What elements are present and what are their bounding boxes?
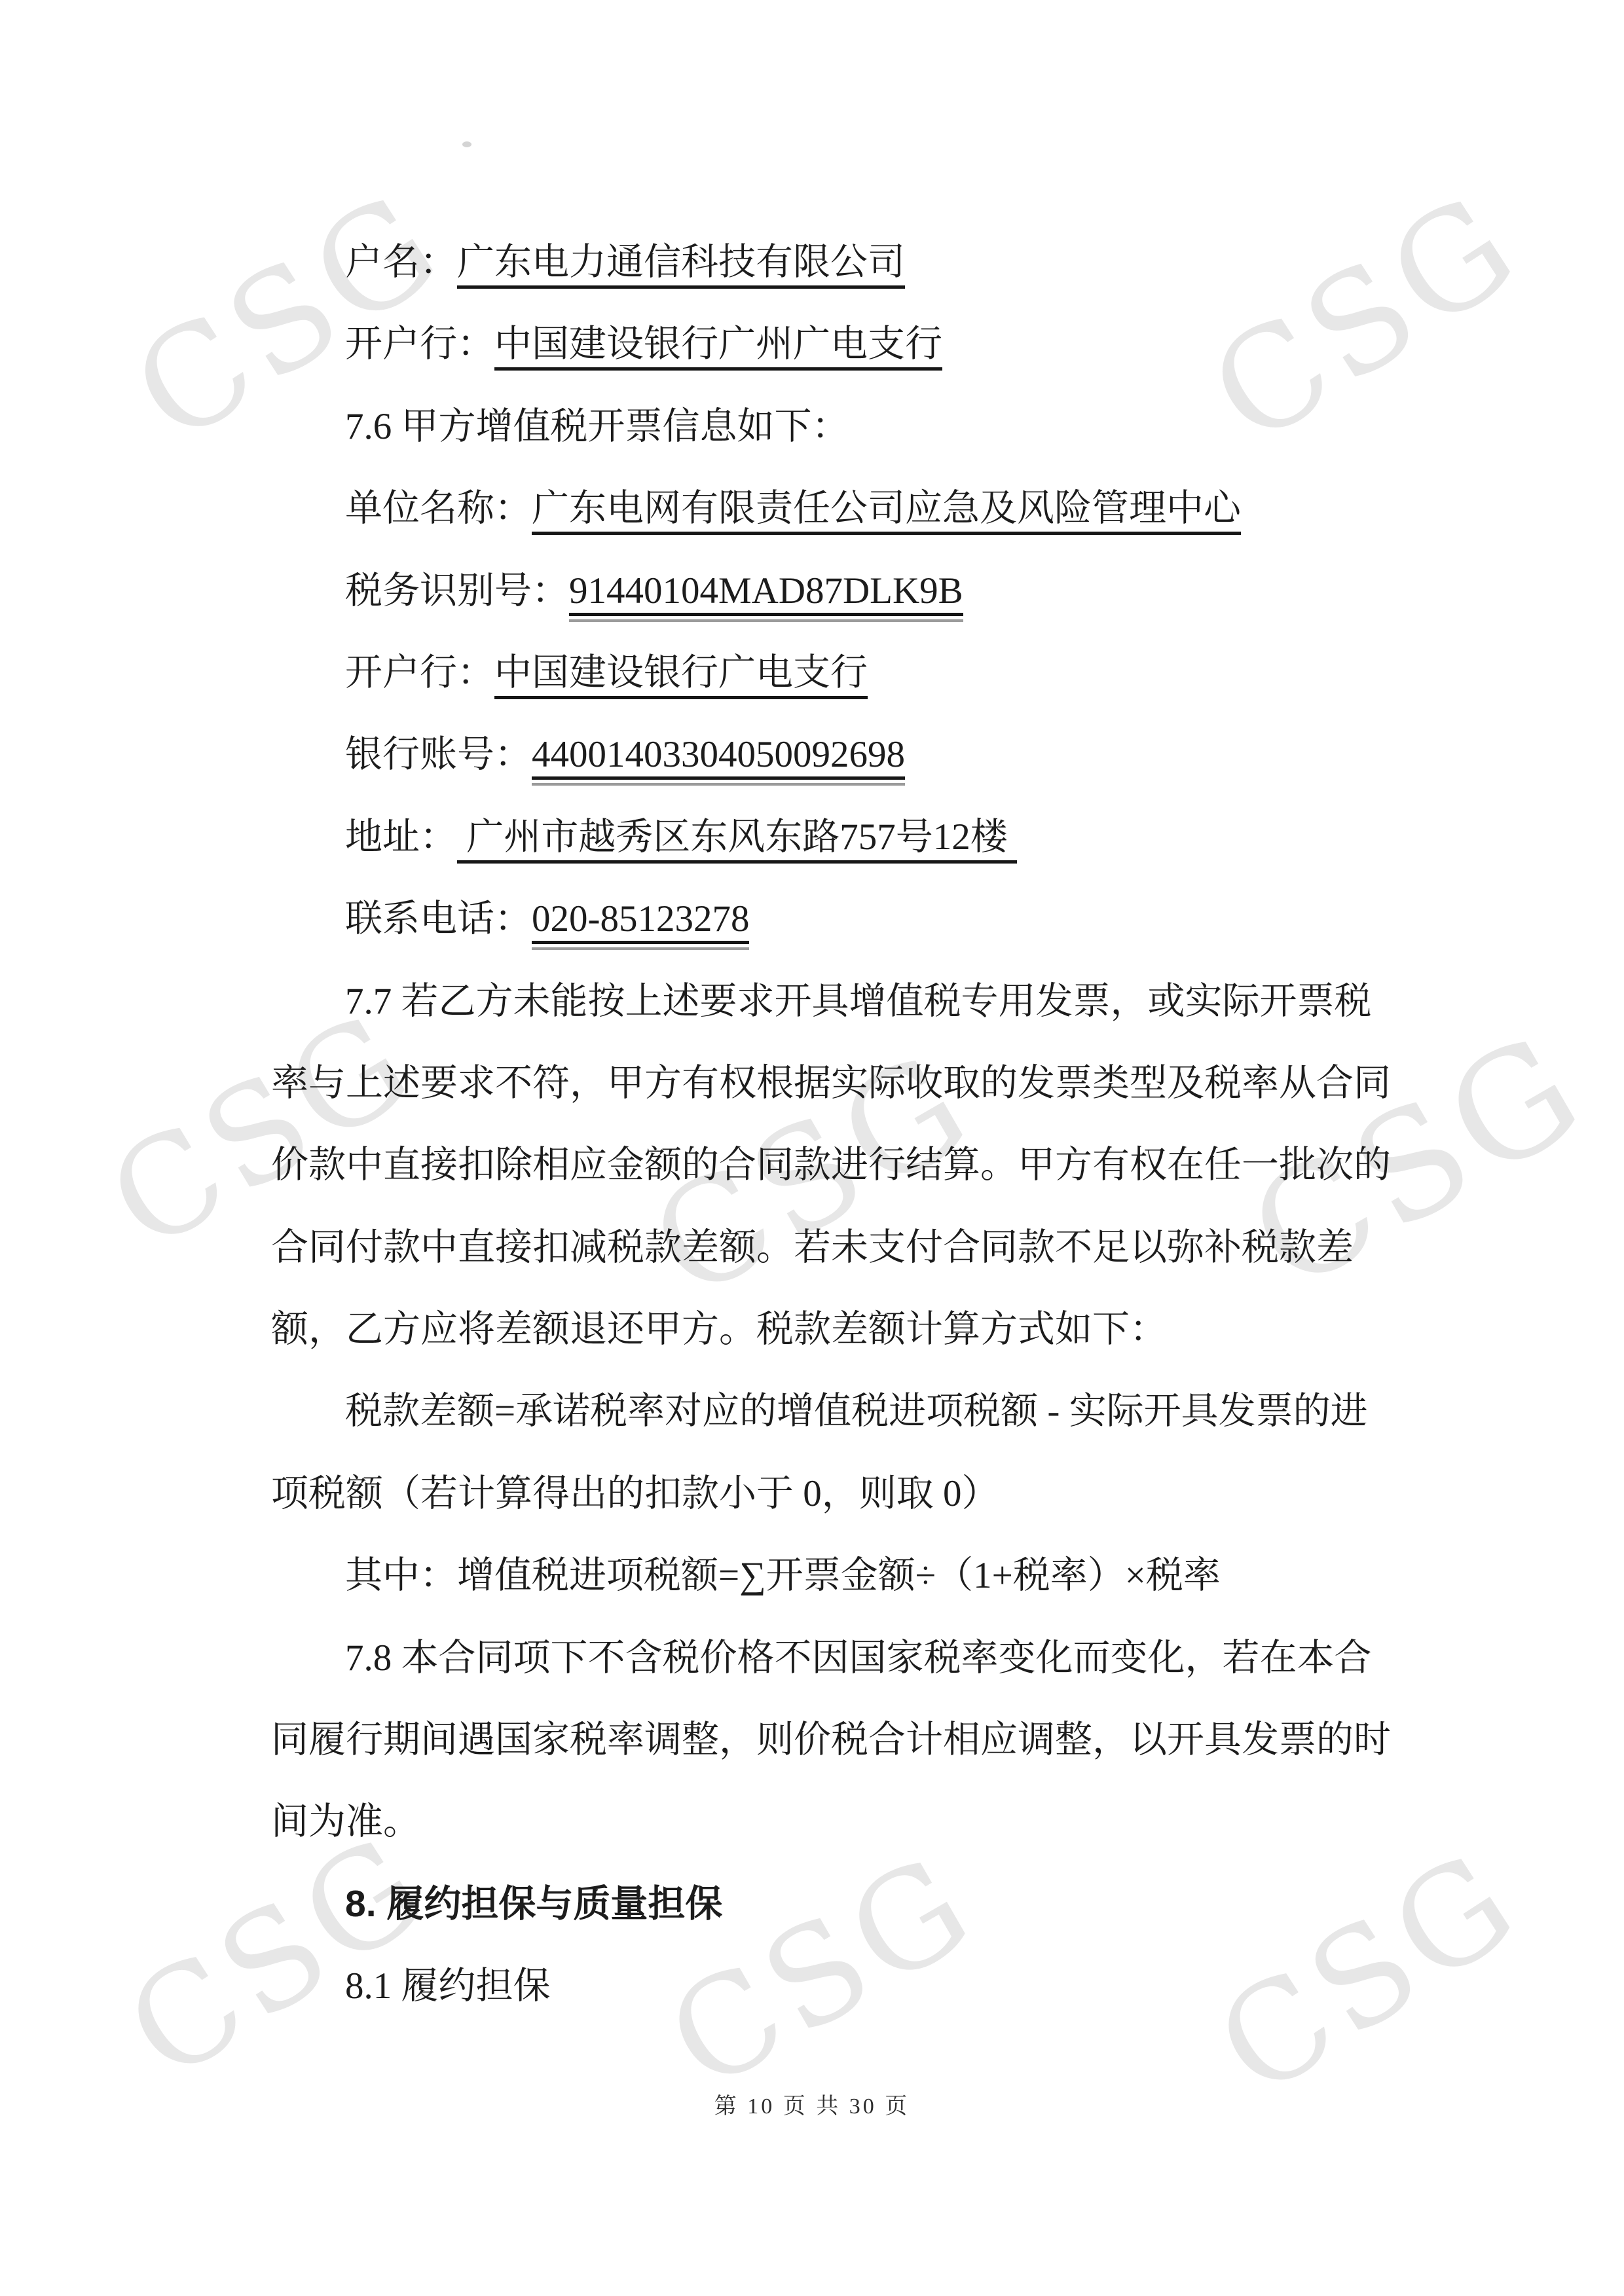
line-text: 7.6 甲方增值税开票信息如下： xyxy=(345,406,849,447)
text-line: 8.1 履约担保 xyxy=(271,1945,1384,2027)
text-line: 地址： 广州市越秀区东风东路757号12楼 xyxy=(271,796,1384,878)
line-text: 开户行： xyxy=(345,652,494,693)
text-line: 7.8 本合同项下不含税价格不因国家税率变化而变化，若在本合 xyxy=(271,1617,1384,1699)
line-text: 其中：增值税进项税额=∑开票金额÷（1+税率）×税率 xyxy=(345,1555,1221,1596)
text-line: 税款差额=承诺税率对应的增值税进项税额 - 实际开具发票的进 xyxy=(271,1370,1384,1452)
line-text: 7.7 若乙方未能按上述要求开具增值税专用发票，或实际开票税 xyxy=(345,981,1372,1022)
line-text: 联系电话： xyxy=(345,898,532,939)
line-text: 单位名称： xyxy=(345,488,532,529)
text-line: 税务识别号：91440104MAD87DLK9B xyxy=(271,550,1384,632)
underlined-value: 44001403304050092698 xyxy=(532,734,905,786)
line-text: 8.1 履约担保 xyxy=(345,1965,551,2007)
text-line: 率与上述要求不符，甲方有权根据实际收取的发票类型及税率从合同 xyxy=(271,1042,1384,1124)
text-line: 7.7 若乙方未能按上述要求开具增值税专用发票，或实际开票税 xyxy=(271,960,1384,1042)
text-line: 其中：增值税进项税额=∑开票金额÷（1+税率）×税率 xyxy=(271,1535,1384,1616)
line-text: 额，乙方应将差额退还甲方。税款差额计算方式如下： xyxy=(271,1309,1167,1350)
text-line: 单位名称：广东电网有限责任公司应急及风险管理中心 xyxy=(271,467,1384,549)
underlined-value: 广东电力通信科技有限公司 xyxy=(457,242,905,289)
line-text: 8. 履约担保与质量担保 xyxy=(345,1883,722,1925)
underlined-value: 中国建设银行广电支行 xyxy=(494,652,868,699)
underlined-value: 91440104MAD87DLK9B xyxy=(569,570,963,622)
line-text: 7.8 本合同项下不含税价格不因国家税率变化而变化，若在本合 xyxy=(345,1637,1372,1679)
line-text: 户名： xyxy=(345,242,457,283)
underlined-value: 020-85123278 xyxy=(532,898,749,950)
line-text: 地址： xyxy=(345,816,457,858)
line-text: 项税额（若计算得出的扣款小于 0，则取 0） xyxy=(271,1473,999,1514)
text-line: 户名：广东电力通信科技有限公司 xyxy=(271,221,1384,303)
text-line: 同履行期间遇国家税率调整，则价税合计相应调整，以开具发票的时 xyxy=(271,1699,1384,1781)
line-text: 开户行： xyxy=(345,323,494,365)
text-line: 额，乙方应将差额退还甲方。税款差额计算方式如下： xyxy=(271,1288,1384,1370)
underlined-value: 中国建设银行广州广电支行 xyxy=(494,323,942,371)
contract-body: 户名：广东电力通信科技有限公司开户行：中国建设银行广州广电支行7.6 甲方增值税… xyxy=(271,221,1384,2028)
line-text: 同履行期间遇国家税率调整，则价税合计相应调整，以开具发票的时 xyxy=(271,1719,1391,1760)
underlined-value: 广东电网有限责任公司应急及风险管理中心 xyxy=(532,488,1241,535)
line-text: 合同付款中直接扣减税款差额。若未支付合同款不足以弥补税款差 xyxy=(271,1227,1354,1268)
text-line: 价款中直接扣除相应金额的合同款进行结算。甲方有权在任一批次的 xyxy=(271,1124,1384,1206)
text-line: 合同付款中直接扣减税款差额。若未支付合同款不足以弥补税款差 xyxy=(271,1207,1384,1288)
text-line: 项税额（若计算得出的扣款小于 0，则取 0） xyxy=(271,1453,1384,1535)
underlined-value: 广州市越秀区东风东路757号12楼 xyxy=(457,816,1017,864)
line-text: 间为准。 xyxy=(271,1801,420,1842)
document-page: CSGCSGCSGCSGCSGCSGCSGCSG 户名：广东电力通信科技有限公司… xyxy=(0,0,1624,2296)
section-heading: 8. 履约担保与质量担保 xyxy=(271,1863,1384,1945)
line-text: 税款差额=承诺税率对应的增值税进项税额 - 实际开具发票的进 xyxy=(345,1391,1368,1432)
line-text: 率与上述要求不符，甲方有权根据实际收取的发票类型及税率从合同 xyxy=(271,1063,1391,1104)
line-text: 价款中直接扣除相应金额的合同款进行结算。甲方有权在任一批次的 xyxy=(271,1144,1391,1186)
scan-artifact-dot xyxy=(462,141,471,147)
page-footer: 第 10 页 共 30 页 xyxy=(0,2090,1624,2123)
line-text: 银行账号： xyxy=(345,734,532,775)
text-line: 联系电话：020-85123278 xyxy=(271,878,1384,960)
line-text: 税务识别号： xyxy=(345,570,569,611)
text-line: 开户行：中国建设银行广州广电支行 xyxy=(271,303,1384,385)
text-line: 银行账号：44001403304050092698 xyxy=(271,714,1384,795)
text-line: 7.6 甲方增值税开票信息如下： xyxy=(271,386,1384,467)
text-line: 间为准。 xyxy=(271,1781,1384,1863)
text-line: 开户行：中国建设银行广电支行 xyxy=(271,632,1384,714)
